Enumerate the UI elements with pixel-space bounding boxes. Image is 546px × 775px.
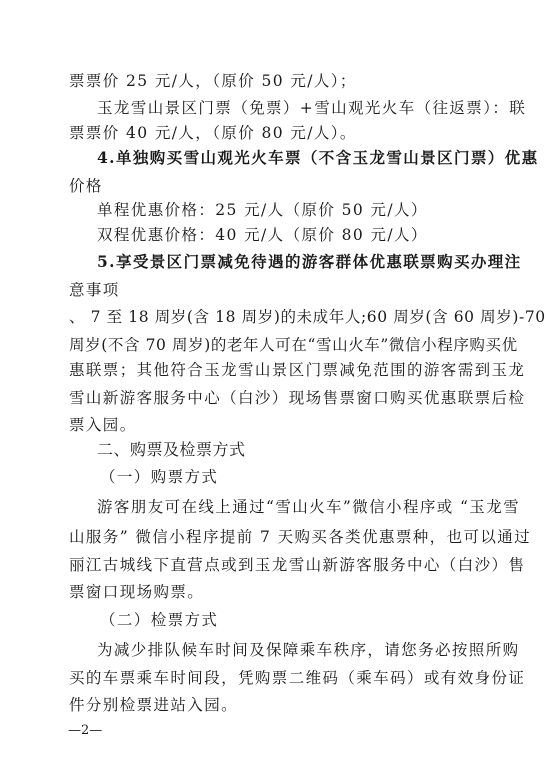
text-line: 游客朋友可在线上通过“雪山火车”微信小程序或 “玉龙雪	[97, 497, 520, 517]
text-line: 件分别检票进站入园。	[69, 695, 238, 715]
item-5-heading: 5.享受景区门票减免待遇的游客群体优惠联票购买办理注	[97, 252, 522, 272]
text-line: 票票价 40 元/人，（原价 80 元/人）。	[69, 123, 357, 143]
text-line: 玉龙雪山景区门票（免票）+雪山观光火车（往返票）：联	[97, 98, 526, 118]
item-4-heading: 4.单独购买雪山观光火车票（不含玉龙雪山景区门票）优惠	[97, 148, 538, 168]
subsection-2-title: （二）检票方式	[100, 610, 218, 630]
text-line: 票票价 25 元/人，（原价 50 元/人）；	[69, 71, 357, 91]
text-line: 丽江古城线下直营点或到玉龙雪山新游客服务中心（白沙）售	[69, 555, 525, 575]
subsection-1-title: （一）购票方式	[100, 467, 218, 487]
text-line: 惠联票；其他符合玉龙雪山景区门票减免范围的游客需到玉龙	[69, 360, 525, 380]
text-line: 周岁(不含 70 周岁)的老年人可在“雪山火车”微信小程序购买优	[69, 335, 518, 355]
text-line: 意事项	[69, 280, 120, 300]
page-number: —2—	[68, 723, 102, 738]
single-trip-price: 单程优惠价格：25 元/人（原价 50 元/人）	[97, 200, 428, 220]
section-title: 二、购票及检票方式	[97, 440, 246, 460]
text-line: 、 7 至 18 周岁(含 18 周岁)的未成年人;60 周岁(含 60 周岁)…	[69, 307, 546, 327]
round-trip-price: 双程优惠价格：40 元/人（原价 80 元/人）	[97, 225, 428, 245]
text-line: 为减少排队候车时间及保障乘车秩序，请您务必按照所购	[97, 640, 520, 660]
text-line: 票入园。	[69, 415, 137, 435]
text-line: 价格	[69, 176, 103, 196]
text-line: 票窗口现场购票。	[69, 582, 204, 602]
text-line: 雪山新游客服务中心（白沙）现场售票窗口购买优惠联票后检	[69, 388, 525, 408]
text-line: 山服务” 微信小程序提前 7 天购买各类优惠票种，也可以通过	[69, 527, 531, 547]
text-line: 买的车票乘车时间段，凭购票二维码（乘车码）或有效身份证	[69, 668, 525, 688]
